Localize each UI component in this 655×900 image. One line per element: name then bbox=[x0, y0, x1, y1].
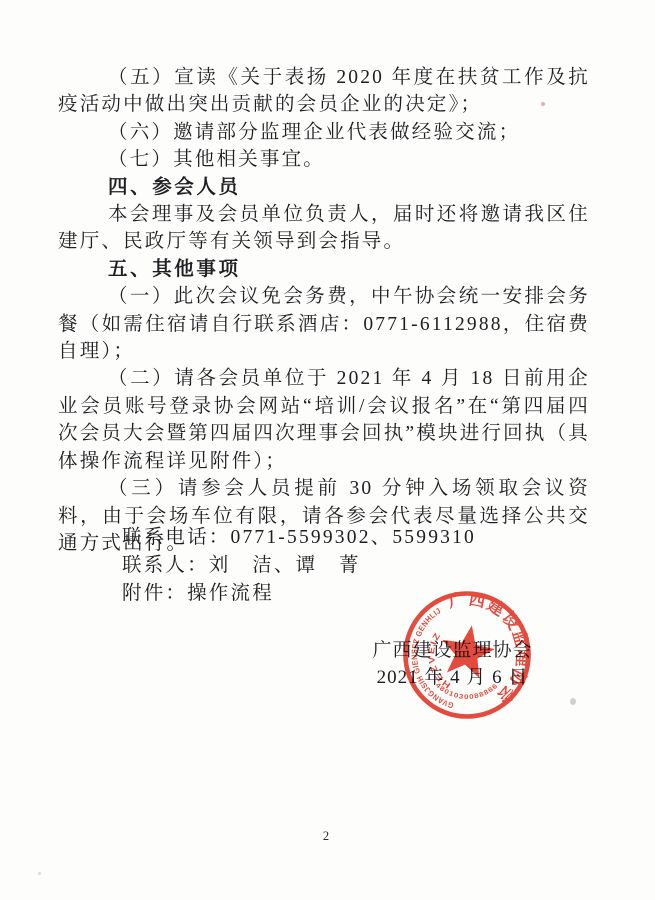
paragraph-item-5: （五）宣读《关于表扬 2020 年度在扶贫工作及抗疫活动中做出突出贡献的会员企业… bbox=[58, 64, 590, 119]
paragraph-other-2: （二）请各会员单位于 2021 年 4 月 18 日前用企业会员账号登录协会网站… bbox=[58, 365, 590, 475]
stamp-org-latin-inner-arc: HEZVEIZ bbox=[426, 630, 452, 691]
scan-speck bbox=[541, 102, 545, 106]
paragraph-item-7: （七）其他相关事宜。 bbox=[58, 146, 590, 173]
section-heading-5: 五、其他事项 bbox=[58, 256, 590, 283]
paragraph-item-6: （六）邀请部分监理企业代表做经验交流； bbox=[58, 119, 590, 146]
official-seal-stamp: 广西建设监理协会 GVANGJSIH GIENSEZ GENHLIJ HEZVE… bbox=[387, 575, 547, 735]
contact-phone: 联系电话：0771-5599302、5599310 bbox=[122, 524, 476, 552]
document-body: （五）宣读《关于表扬 2020 年度在扶贫工作及抗疫活动中做出突出贡献的会员企业… bbox=[58, 64, 590, 557]
paragraph-other-1: （一）此次会议免会务费，中午协会统一安排会务餐（如需住宿请自行联系酒店：0771… bbox=[58, 283, 590, 365]
document-page: （五）宣读《关于表扬 2020 年度在扶贫工作及抗疫活动中做出突出贡献的会员企业… bbox=[0, 0, 655, 900]
paragraph-attendees: 本会理事及会员单位负责人，届时还将邀请我区住建厅、民政厅等有关领导到会指导。 bbox=[58, 201, 590, 256]
scan-speck bbox=[570, 698, 576, 705]
stamp-star-icon bbox=[437, 621, 498, 680]
scan-speck bbox=[38, 872, 41, 875]
section-heading-4: 四、参会人员 bbox=[58, 174, 590, 201]
page-number: 2 bbox=[316, 829, 336, 844]
